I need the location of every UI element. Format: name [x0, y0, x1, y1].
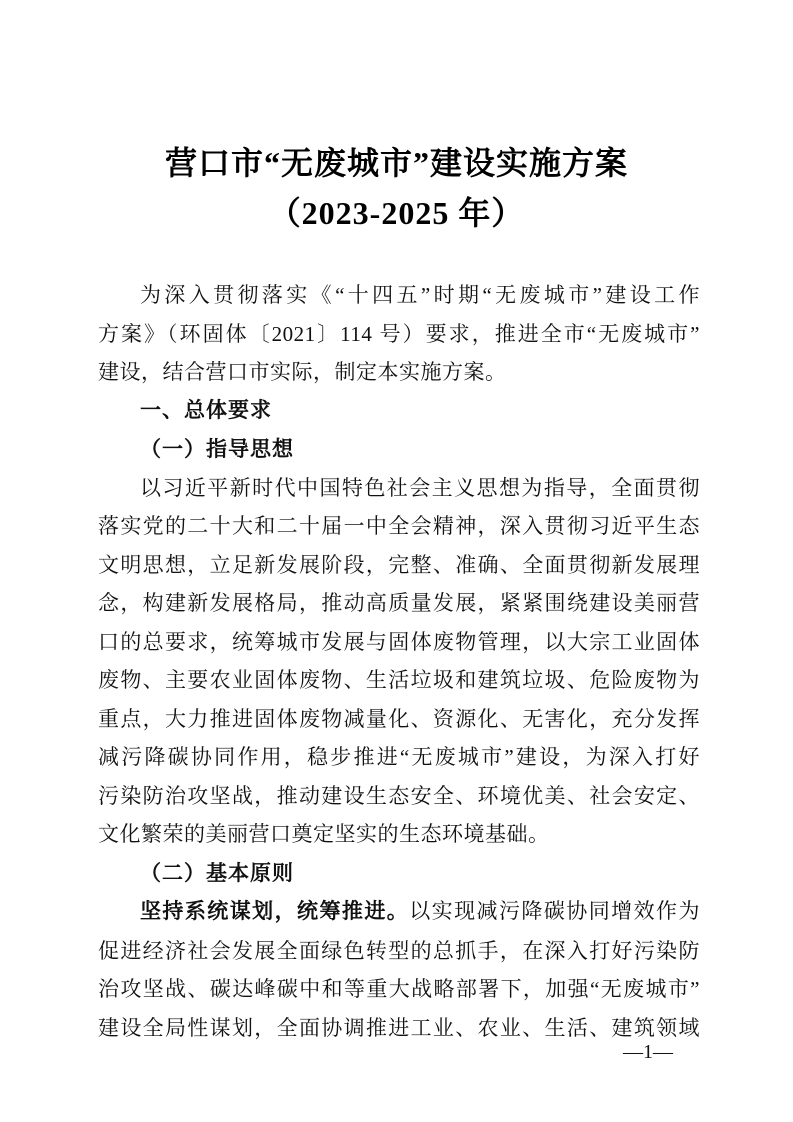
document-title: 营口市“无废城市”建设实施方案 （2023-2025 年）	[0, 0, 793, 238]
text-line: 以习近平新时代中国特色社会主义思想为指导，全面贯彻	[98, 469, 700, 508]
text-line: 建设全局性谋划，全面协调推进工业、农业、生活、建筑领域	[98, 1009, 700, 1048]
document-body: 为深入贯彻落实《“十四五”时期“无废城市”建设工作 方案》（环固体〔2021〕1…	[0, 276, 793, 1047]
text-line: 促进经济社会发展全面绿色转型的总抓手，在深入打好污染防	[98, 932, 700, 971]
text-line: 口的总要求，统筹城市发展与固体废物管理，以大宗工业固体	[98, 623, 700, 662]
text-line: 污染防治攻坚战，推动建设生态安全、环境优美、社会安定、	[98, 777, 700, 816]
page-number: —1—	[623, 1040, 673, 1064]
text-line: 减污降碳协同作用，稳步推进“无废城市”建设，为深入打好	[98, 738, 700, 777]
text-line: 方案》（环固体〔2021〕114 号）要求，推进全市“无废城市”	[98, 315, 700, 354]
text-line: 坚持系统谋划，统筹推进。以实现减污降碳协同增效作为	[98, 892, 700, 932]
text-line: 文明思想，立足新发展阶段，完整、准确、全面贯彻新发展理	[98, 546, 700, 585]
intro-paragraph: 为深入贯彻落实《“十四五”时期“无废城市”建设工作 方案》（环固体〔2021〕1…	[98, 276, 700, 392]
principles-paragraph: 坚持系统谋划，统筹推进。以实现减污降碳协同增效作为 促进经济社会发展全面绿色转型…	[98, 892, 700, 1047]
title-line-2: （2023-2025 年）	[0, 188, 793, 238]
title-line-1: 营口市“无废城市”建设实施方案	[0, 138, 793, 188]
text-line: 为深入贯彻落实《“十四五”时期“无废城市”建设工作	[98, 276, 700, 315]
text-line: 文化繁荣的美丽营口奠定坚实的生态环境基础。	[98, 815, 700, 854]
principles-line1-rest: 以实现减污降碳协同增效作为	[409, 899, 700, 923]
principles-bold-lead: 坚持系统谋划，统筹推进。	[140, 900, 409, 923]
text-line: 建设，结合营口市实际，制定本实施方案。	[98, 353, 700, 392]
section-heading-overall-requirements: 一、总体要求	[98, 392, 700, 431]
text-line: 重点，大力推进固体废物减量化、资源化、无害化，充分发挥	[98, 700, 700, 739]
text-line: 念，构建新发展格局，推动高质量发展，紧紧围绕建设美丽营	[98, 584, 700, 623]
guiding-ideology-paragraph: 以习近平新时代中国特色社会主义思想为指导，全面贯彻 落实党的二十大和二十届一中全…	[98, 469, 700, 854]
subheading-guiding-ideology: （一）指导思想	[98, 430, 700, 469]
subheading-basic-principles: （二）基本原则	[98, 854, 700, 893]
text-line: 落实党的二十大和二十届一中全会精神，深入贯彻习近平生态	[98, 507, 700, 546]
document-page: 营口市“无废城市”建设实施方案 （2023-2025 年） 为深入贯彻落实《“十…	[0, 0, 793, 1122]
text-line: 废物、主要农业固体废物、生活垃圾和建筑垃圾、危险废物为	[98, 661, 700, 700]
text-line: 治攻坚战、碳达峰碳中和等重大战略部署下，加强“无废城市”	[98, 970, 700, 1009]
